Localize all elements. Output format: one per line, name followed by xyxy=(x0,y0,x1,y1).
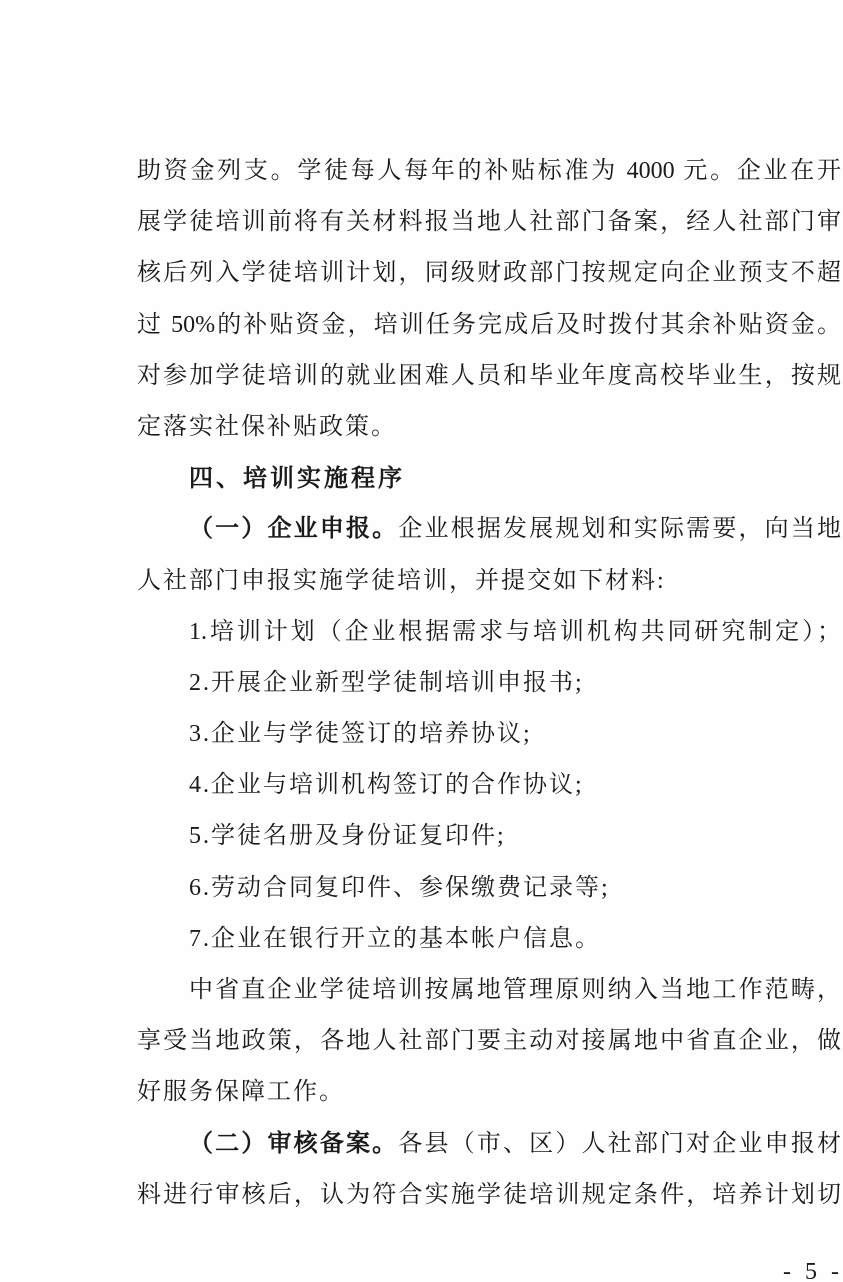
text-line: 助资金列支。学徒每人每年的补贴标准为 4000 元。企业在开 xyxy=(137,146,841,197)
text-line: 好服务保障工作。 xyxy=(137,1067,841,1118)
text-line: 料进行审核后，认为符合实施学徒培训规定条件，培养计划切 xyxy=(137,1170,841,1221)
page-number: - 5 - xyxy=(783,1259,843,1282)
subsection-step-1: （一）企业申报。企业根据发展规划和实际需要，向当地 xyxy=(137,504,841,555)
subsection-lead: （一）企业申报。 xyxy=(189,516,398,542)
text-line: 定落实社保补贴政策。 xyxy=(137,402,841,453)
list-item: 3.企业与学徒签订的培养协议; xyxy=(137,709,841,760)
text-line: 过 50%的补贴资金，培训任务完成后及时拨付其余补贴资金。 xyxy=(137,300,841,351)
section-heading: 四、培训实施程序 xyxy=(137,453,841,504)
list-item: 4.企业与培训机构签订的合作协议; xyxy=(137,760,841,811)
text-line: 展学徒培训前将有关材料报当地人社部门备案，经人社部门审 xyxy=(137,197,841,248)
list-item: 7.企业在银行开立的基本帐户信息。 xyxy=(137,914,841,965)
subsection-lead: （二）审核备案。 xyxy=(189,1131,398,1157)
text-line: 人社部门申报实施学徒培训，并提交如下材料: xyxy=(137,556,841,607)
text-line: 中省直企业学徒培训按属地管理原则纳入当地工作范畴， xyxy=(137,965,841,1016)
list-item: 2.开展企业新型学徒制培训申报书; xyxy=(137,658,841,709)
materials-list: 1.培训计划（企业根据需求与培训机构共同研究制定）； 2.开展企业新型学徒制培训… xyxy=(137,607,841,965)
body-text: 助资金列支。学徒每人每年的补贴标准为 4000 元。企业在开 展学徒培训前将有关… xyxy=(137,146,841,1221)
text-line: 核后列入学徒培训计划，同级财政部门按规定向企业预支不超 xyxy=(137,248,841,299)
text-line: 享受当地政策，各地人社部门要主动对接属地中省直企业，做 xyxy=(137,1016,841,1067)
list-item: 6.劳动合同复印件、参保缴费记录等; xyxy=(137,863,841,914)
text-line: 对参加学徒培训的就业困难人员和毕业年度高校毕业生，按规 xyxy=(137,351,841,402)
subsection-step-2: （二）审核备案。各县（市、区）人社部门对企业申报材 xyxy=(137,1119,841,1170)
subsection-text: 企业根据发展规划和实际需要，向当地 xyxy=(398,516,841,542)
document-page: 助资金列支。学徒每人每年的补贴标准为 4000 元。企业在开 展学徒培训前将有关… xyxy=(0,0,843,1282)
list-item: 5.学徒名册及身份证复印件; xyxy=(137,811,841,862)
list-item: 1.培训计划（企业根据需求与培训机构共同研究制定）； xyxy=(137,607,841,658)
subsection-text: 各县（市、区）人社部门对企业申报材 xyxy=(398,1131,841,1157)
